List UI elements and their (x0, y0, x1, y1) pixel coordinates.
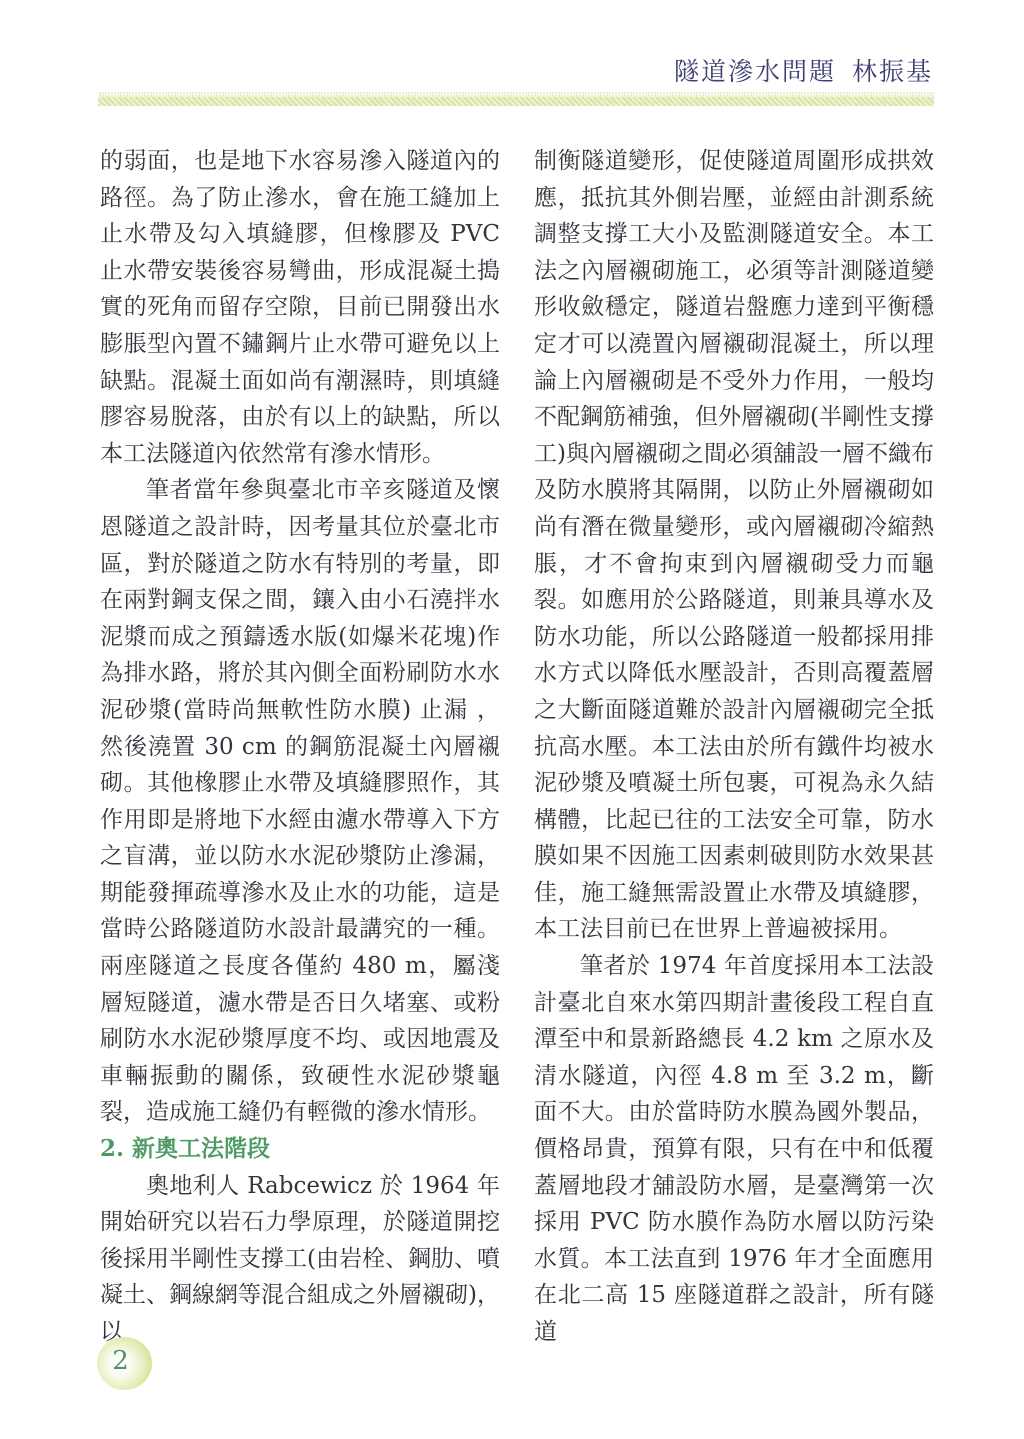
decorative-band-bottom-strip (98, 97, 934, 106)
header-article-title: 隧道滲水問題 (674, 57, 836, 86)
section-heading-title: 新奧工法階段 (132, 1135, 270, 1162)
paragraph-joint-waterstop-continued: 的弱面，也是地下水容易滲入隧道內的路徑。為了防止滲水，會在施工縫加上止水帶及勾入… (100, 143, 500, 472)
paragraph-hsinhai-tunnel: 筆者當年參與臺北市辛亥隧道及懷恩隧道之設計時，因考量其位於臺北市區，對於隧道之防… (100, 472, 500, 1131)
right-column: 制衡隧道變形，促使隧道周圍形成拱效應，抵抗其外側岩壓，並經由計測系統調整支撐工大… (534, 143, 934, 1351)
document-page: 隧道滲水問題林振基 的弱面，也是地下水容易滲入隧道內的路徑。為了防止滲水，會在施… (0, 0, 1024, 1439)
running-header: 隧道滲水問題林振基 (674, 57, 933, 87)
section-heading-number: 2. (100, 1135, 124, 1162)
paragraph-natm-start: 奧地利人 Rabcewicz 於 1964 年開始研究以岩石力學原理，於隧道開挖… (100, 1168, 500, 1351)
page-number-badge: 2 (97, 1337, 152, 1390)
section-heading-natm: 2.新奧工法階段 (100, 1131, 500, 1168)
paragraph-1974-project: 筆者於 1974 年首度採用本工法設計臺北自來水第四期計畫後段工程自直潭至中和景… (534, 948, 934, 1351)
article-body: 的弱面，也是地下水容易滲入隧道內的路徑。為了防止滲水，會在施工縫加上止水帶及勾入… (100, 143, 934, 1351)
left-column: 的弱面，也是地下水容易滲入隧道內的路徑。為了防止滲水，會在施工縫加上止水帶及勾入… (100, 143, 500, 1351)
page-number: 2 (112, 1346, 129, 1376)
decorative-band (98, 92, 934, 106)
header-author: 林振基 (852, 57, 933, 86)
paragraph-natm-continued: 制衡隧道變形，促使隧道周圍形成拱效應，抵抗其外側岩壓，並經由計測系統調整支撐工大… (534, 143, 934, 948)
